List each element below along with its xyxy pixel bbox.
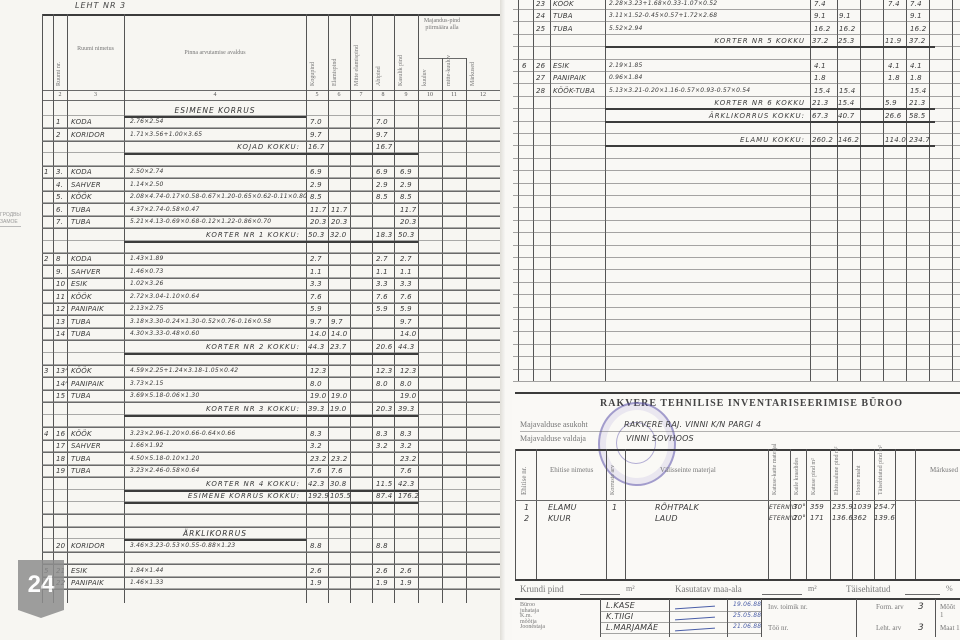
row-rule xyxy=(42,191,500,192)
column-divider xyxy=(515,449,516,579)
useful-area: 9.7 xyxy=(400,318,412,326)
blank-line xyxy=(580,594,620,595)
apartment-nr: 1 xyxy=(44,168,49,176)
living-area: 16.2 xyxy=(839,25,855,33)
room-nr: 26 xyxy=(536,62,545,70)
useful-area: 5.9 xyxy=(400,305,412,313)
header-rule xyxy=(515,500,960,501)
room-name: KÖÖK xyxy=(71,193,92,201)
total-area: 7.4 xyxy=(814,0,826,8)
living-area: 23.7 xyxy=(330,343,346,351)
auxiliary-area: 7.0 xyxy=(376,118,388,126)
total-area: 9.1 xyxy=(814,12,826,20)
row-rule xyxy=(513,9,960,10)
area-formula: 3.11×1.52-0.45×0.57+1.72×2.68 xyxy=(609,12,717,19)
useful-area: 7.6 xyxy=(400,467,412,475)
total-area: 2.7 xyxy=(310,255,322,263)
row-rule xyxy=(42,265,500,266)
row-rule xyxy=(42,215,500,216)
header-col-8: Hoone maht xyxy=(856,466,862,496)
row-rule xyxy=(513,319,960,320)
row-rule xyxy=(513,183,960,184)
header-room-name: Ruumi nimetus xyxy=(67,46,124,53)
row-rule xyxy=(513,294,960,295)
column-number: 4 xyxy=(124,92,306,98)
total-area: 39.3 xyxy=(308,405,324,413)
room-nr: 23 xyxy=(536,0,545,8)
building-nr: 1 xyxy=(524,503,529,512)
row-rule xyxy=(513,245,960,246)
row-rule xyxy=(513,344,960,345)
header-rule xyxy=(515,449,960,451)
row-rule xyxy=(42,552,500,553)
auxiliary-area: 87.4 xyxy=(376,492,392,500)
useful-area: 234.7 xyxy=(909,136,930,144)
roof-area: 359 xyxy=(810,503,824,511)
room-name: PANIPAIK xyxy=(71,380,104,388)
living-area: 32.0 xyxy=(330,231,346,239)
useful-area: 44.3 xyxy=(398,343,414,351)
margin-note-line: ГРОДВЫ xyxy=(0,212,21,219)
apartment-nr: 2 xyxy=(44,255,49,263)
auxiliary-area: 26.6 xyxy=(885,112,901,120)
column-divider xyxy=(727,599,728,637)
useful-area: 23.2 xyxy=(400,455,416,463)
useful-area: 39.3 xyxy=(398,405,414,413)
area-formula: 5.21×4.13-0.69×0.68-0.12×1.22-0.86×0.70 xyxy=(130,218,271,225)
signer-name: L.KASE xyxy=(606,601,635,610)
area-formula: 2.19×1.85 xyxy=(609,62,643,69)
row-rule xyxy=(42,414,500,415)
unit: m² xyxy=(808,584,817,593)
room-name: TUBA xyxy=(71,467,91,475)
room-name: TUBA xyxy=(71,330,91,338)
living-area: 19.0 xyxy=(330,405,346,413)
living-area: 30.8 xyxy=(330,480,346,488)
area-formula: 4.59×2.25+1.24×3.18-1.05×0.42 xyxy=(130,367,238,374)
auxiliary-area: 114.0 xyxy=(885,136,906,144)
useful-area: 9.1 xyxy=(910,12,922,20)
row-rule xyxy=(513,158,960,159)
useful-area: 8.5 xyxy=(400,193,412,201)
column-divider xyxy=(856,599,857,637)
useful-area: 16.2 xyxy=(910,25,926,33)
building-name: ELAMU xyxy=(548,503,577,512)
room-name: KÖÖK xyxy=(71,367,92,375)
room-name: KODA xyxy=(71,255,92,263)
row-rule xyxy=(513,220,960,221)
row-rule xyxy=(42,327,500,328)
useful-area: 7.4 xyxy=(910,0,922,8)
area-formula: 3.23×2.46-0.58×0.64 xyxy=(130,467,199,474)
total-rule xyxy=(605,108,935,110)
total-area: 8.3 xyxy=(310,430,322,438)
header-formula: Pinna arvutamise avaldus xyxy=(124,50,306,57)
useful-area: 42.3 xyxy=(398,480,414,488)
header-col6: Elamispind xyxy=(332,59,338,86)
useful-area: 1.1 xyxy=(400,268,412,276)
total-area: 9.7 xyxy=(310,318,322,326)
column-number: 10 xyxy=(418,92,442,98)
header-col9: Kasulik pind xyxy=(398,55,404,86)
living-area: 15.4 xyxy=(838,99,854,107)
scale-label-2: Maat 1 xyxy=(940,624,960,632)
header-col-4: Katuse-katte materjal xyxy=(772,444,778,495)
row-rule xyxy=(42,302,500,303)
useful-area: 37.2 xyxy=(909,37,925,45)
row-rule xyxy=(42,390,500,391)
row-rule xyxy=(42,526,500,527)
row-rule xyxy=(42,314,500,315)
wall-material: LAUD xyxy=(655,514,678,523)
living-area: 20.3 xyxy=(331,218,347,226)
building-name: KUUR xyxy=(548,514,571,523)
location-value: RAKVERE RAJ. VINNI K/N PARGI 4 xyxy=(624,420,761,429)
left-page: ГРОДВЫ ЗАМОЕ LEHT NR 3 Ruumi nr.Ruumi ni… xyxy=(0,0,505,640)
row-rule xyxy=(42,513,500,514)
sheet-title: LEHT NR 3 xyxy=(75,1,126,10)
auxiliary-area: 1.9 xyxy=(376,579,388,587)
auxiliary-area: 2.6 xyxy=(376,567,388,575)
margin-note-line: ЗАМОЕ xyxy=(0,219,21,226)
row-rule xyxy=(42,228,500,229)
row-rule xyxy=(42,464,500,465)
row-rule xyxy=(124,241,418,243)
column-divider xyxy=(830,449,831,579)
footprint-area: 235.9 xyxy=(832,503,853,511)
total-area: 15.4 xyxy=(814,87,830,95)
area-formula: 2.13×2.75 xyxy=(130,305,164,312)
auxiliary-area: 6.9 xyxy=(376,168,388,176)
area-formula: 1.84×1.44 xyxy=(130,567,164,574)
useful-area: 6.9 xyxy=(400,168,412,176)
auxiliary-area: 1.8 xyxy=(888,74,900,82)
room-nr: 25 xyxy=(536,25,545,33)
auxiliary-area: 18.3 xyxy=(376,231,392,239)
total-area: 16.7 xyxy=(308,143,324,151)
useful-area: 14.0 xyxy=(400,330,416,338)
total-label: KORTER NR 5 KOKKU xyxy=(605,37,805,45)
useful-area: 176.2 xyxy=(398,492,419,500)
row-rule xyxy=(42,563,500,564)
row-rule xyxy=(42,576,500,577)
row-rule xyxy=(42,227,500,228)
area-formula: 1.43×1.89 xyxy=(130,255,164,262)
living-area: 9.1 xyxy=(839,12,851,20)
area-formula: 2.28×3.23+1.68×0.33-1.07×0.52 xyxy=(609,0,717,7)
room-nr: 10 xyxy=(56,280,65,288)
auxiliary-area: 20.3 xyxy=(376,405,392,413)
column-divider xyxy=(906,0,907,381)
total-area: 23.2 xyxy=(310,455,326,463)
useful-area: 1.8 xyxy=(910,74,922,82)
auxiliary-area: 2.7 xyxy=(376,255,388,263)
row-rule xyxy=(513,21,960,22)
room-nr: 19 xyxy=(56,467,65,475)
header-col10: kuuluv xyxy=(422,69,428,86)
area-formula: 2.50×2.74 xyxy=(130,168,164,175)
auxiliary-area: 3.3 xyxy=(376,280,388,288)
row-rule xyxy=(42,328,500,329)
row-rule xyxy=(42,588,500,589)
total-rule xyxy=(605,145,935,147)
room-name: KODA xyxy=(71,118,92,126)
row-rule xyxy=(42,451,500,452)
row-rule xyxy=(124,153,418,155)
row-rule xyxy=(513,133,960,134)
row-rule xyxy=(42,140,500,141)
row-rule xyxy=(513,356,960,357)
auxiliary-area: 4.1 xyxy=(888,62,900,70)
building-volume: 362 xyxy=(853,514,867,522)
row-rule xyxy=(42,377,500,378)
line xyxy=(520,431,960,432)
column-divider xyxy=(806,449,807,579)
row-rule xyxy=(42,339,500,340)
useful-area: 8.0 xyxy=(400,380,412,388)
row-rule xyxy=(513,71,960,72)
column-number: 12 xyxy=(466,92,500,98)
total-area: 6.9 xyxy=(310,168,322,176)
row-rule xyxy=(42,141,500,142)
row-rule xyxy=(42,253,500,254)
row-rule xyxy=(42,551,500,552)
room-name: TUBA xyxy=(71,455,91,463)
row-rule xyxy=(42,252,500,253)
header-room-nr: Ruumi nr. xyxy=(56,62,62,86)
header-col12: Märkused xyxy=(470,62,476,86)
auxiliary-area: 1.1 xyxy=(376,268,388,276)
usable-area-label: Kasutatav maa-ala xyxy=(675,584,742,594)
auxiliary-area: 7.6 xyxy=(376,293,388,301)
column-number: 11 xyxy=(442,92,466,98)
area-formula: 1.46×1.33 xyxy=(130,579,164,586)
row-rule xyxy=(42,190,500,191)
row-rule xyxy=(513,170,960,171)
total-area: 9.7 xyxy=(310,131,322,139)
header-col8: Abipind xyxy=(376,66,382,86)
living-area: 25.3 xyxy=(838,37,854,45)
auxiliary-area: 16.7 xyxy=(376,143,392,151)
building-volume: 1039 xyxy=(853,503,872,511)
page-badge: 24 xyxy=(18,560,64,610)
owner-label: Majavalduse valdaja xyxy=(520,434,586,443)
area-formula: 1.46×0.73 xyxy=(130,268,164,275)
row-rule xyxy=(42,264,500,265)
column-divider xyxy=(606,449,607,579)
room-name: SAHVER xyxy=(71,181,101,189)
row-rule xyxy=(42,564,500,565)
room-name: KÖÖK xyxy=(553,0,574,8)
column-number: 9 xyxy=(394,92,418,98)
floor-count: 1 xyxy=(612,503,617,512)
total-area: 50.3 xyxy=(308,231,324,239)
area-formula: 3.23×2.96-1.20×0.66-0.64×0.66 xyxy=(130,430,235,437)
blank-line xyxy=(905,594,940,595)
row-rule xyxy=(513,369,960,370)
total-area: 20.3 xyxy=(310,218,326,226)
row-rule xyxy=(513,282,960,283)
header-col-9: Täisehitatud pind m² xyxy=(878,445,884,495)
room-nr: 2 xyxy=(56,131,61,139)
useful-area: 3.2 xyxy=(400,442,412,450)
apartment-nr: 4 xyxy=(44,430,49,438)
total-area: 37.2 xyxy=(812,37,828,45)
header-col-6: Katuse pind m² xyxy=(811,458,817,495)
room-nr: 11 xyxy=(56,293,65,301)
room-name: KÖÖK-TUBA xyxy=(553,87,595,95)
auxiliary-area: 5.9 xyxy=(376,305,388,313)
column-divider xyxy=(669,599,670,637)
header-rule xyxy=(42,90,500,91)
row-rule xyxy=(42,240,500,241)
sheet-count-value: 3 xyxy=(918,623,924,633)
area-formula: 2.72×3.04-1.10×0.64 xyxy=(130,293,199,300)
useful-area: 2.7 xyxy=(400,255,412,263)
room-nr: 15 xyxy=(56,392,65,400)
column-divider xyxy=(883,0,884,381)
useful-area: 58.5 xyxy=(909,112,925,120)
useful-area: 12.3 xyxy=(400,367,416,375)
auxiliary-area: 12.3 xyxy=(376,367,392,375)
row-rule xyxy=(42,340,500,341)
row-rule xyxy=(42,203,500,204)
building-nr: 2 xyxy=(524,514,529,523)
total-label: ELAMU KOKKU: xyxy=(605,136,805,144)
row-rule xyxy=(513,257,960,258)
area-formula: 3.18×3.30-0.24×1.30-0.52×0.76-0.16×0.58 xyxy=(130,318,271,325)
room-name: ESIK xyxy=(71,280,87,288)
room-nr: 13ᴬ xyxy=(56,367,69,375)
total-area: 12.3 xyxy=(310,367,326,375)
area-formula: 0.96×1.84 xyxy=(609,74,643,81)
row-rule xyxy=(42,290,500,291)
total-label: KOJAD KOKKU: xyxy=(124,143,300,151)
area-formula: 3.46×3.23-0.53×0.55-0.88×1.23 xyxy=(130,542,235,549)
row-rule xyxy=(513,269,960,270)
useful-area: 20.3 xyxy=(400,218,416,226)
area-formula: 3.69×5.18-0.06×1.30 xyxy=(130,392,199,399)
row-rule xyxy=(42,178,500,179)
living-area: 40.7 xyxy=(838,112,854,120)
room-name: TUBA xyxy=(71,318,91,326)
built-area: 254.7 xyxy=(874,503,895,511)
total-area: 3.2 xyxy=(310,442,322,450)
footer-rule xyxy=(515,579,960,581)
room-name: PANIPAIK xyxy=(71,305,104,313)
row-rule xyxy=(42,216,500,217)
total-rule xyxy=(605,121,935,123)
total-label: KORTER NR 3 KOKKU: xyxy=(124,405,300,413)
useful-area: 7.6 xyxy=(400,293,412,301)
colnum-rule xyxy=(42,100,500,101)
column-divider xyxy=(915,449,916,579)
row-rule xyxy=(42,364,500,365)
room-name: KÖÖK xyxy=(71,430,92,438)
header-col11: mitte-kuuluv xyxy=(446,55,452,86)
row-rule xyxy=(42,489,500,490)
total-label: ESIMENE KORRUS KOKKU: xyxy=(124,492,300,500)
wall-material: RÕHTPALK xyxy=(655,503,699,512)
built-area: 139.6 xyxy=(874,514,895,522)
room-nr: 24 xyxy=(536,12,545,20)
column-divider xyxy=(929,0,930,381)
column-divider xyxy=(860,0,861,381)
room-nr: 18 xyxy=(56,455,65,463)
row-rule xyxy=(42,476,500,477)
signer-role: Joonestaja xyxy=(520,624,545,630)
column-divider xyxy=(895,449,896,579)
margin-note: ГРОДВЫ ЗАМОЕ xyxy=(0,212,21,227)
area-formula: 3.73×2.15 xyxy=(130,380,164,387)
room-nr: 8 xyxy=(56,255,61,263)
column-divider xyxy=(600,599,601,637)
room-nr: 7. xyxy=(56,218,63,226)
row-rule xyxy=(513,207,960,208)
total-area: 7.0 xyxy=(310,118,322,126)
column-divider xyxy=(550,0,551,381)
column-number: 8 xyxy=(372,92,394,98)
row-rule xyxy=(513,34,960,35)
room-name: TUBA xyxy=(71,206,91,214)
auxiliary-area: 8.5 xyxy=(376,193,388,201)
total-area: 19.0 xyxy=(310,392,326,400)
total-area: 16.2 xyxy=(814,25,830,33)
useful-area: 1.9 xyxy=(400,579,412,587)
room-nr: 3. xyxy=(56,168,63,176)
auxiliary-area: 7.4 xyxy=(888,0,900,8)
built-up-label: Täisehitatud xyxy=(846,584,891,594)
row-rule xyxy=(42,477,500,478)
column-number: 7 xyxy=(350,92,372,98)
total-area: 260.2 xyxy=(812,136,833,144)
inventory-folder-label: Inv. toimik nr. xyxy=(768,603,808,611)
row-rule xyxy=(42,376,500,377)
signature-date: 21.06.88 xyxy=(733,623,761,630)
total-area: 11.7 xyxy=(310,206,326,214)
room-name: TUBA xyxy=(71,392,91,400)
total-area: 192.9 xyxy=(308,492,329,500)
work-nr-label: Töö nr. xyxy=(768,624,788,632)
area-formula: 4.50×5.18-0.10×1.20 xyxy=(130,455,199,462)
plot-area-label: Krundi pind xyxy=(520,584,564,594)
total-area: 14.0 xyxy=(310,330,326,338)
row-rule xyxy=(42,577,500,578)
room-name: PANIPAIK xyxy=(553,74,586,82)
header-col7: Mitte elamispind xyxy=(354,45,360,86)
room-name: PANIPAIK xyxy=(71,579,104,587)
row-rule xyxy=(42,303,500,304)
useful-area: 3.3 xyxy=(400,280,412,288)
total-area: 7.6 xyxy=(310,293,322,301)
useful-area: 21.3 xyxy=(909,99,925,107)
scale-label: Mõõt 1 xyxy=(940,603,960,619)
area-formula: 5.13×3.21-0.20×1.16-0.57×0.93-0.57×0.54 xyxy=(609,87,750,94)
signature-date: 25.05.88 xyxy=(733,612,761,619)
column-number: 6 xyxy=(328,92,350,98)
apartment-nr: 3 xyxy=(44,367,49,375)
row-rule xyxy=(42,426,500,427)
row-rule xyxy=(42,152,500,153)
room-nr: 6. xyxy=(56,206,63,214)
column-divider xyxy=(935,599,936,637)
total-area: 42.3 xyxy=(308,480,324,488)
living-area: 11.7 xyxy=(331,206,347,214)
useful-area: 8.3 xyxy=(400,430,412,438)
living-area: 7.6 xyxy=(331,467,343,475)
total-area: 8.8 xyxy=(310,542,322,550)
room-name: KORIDOR xyxy=(71,542,105,550)
